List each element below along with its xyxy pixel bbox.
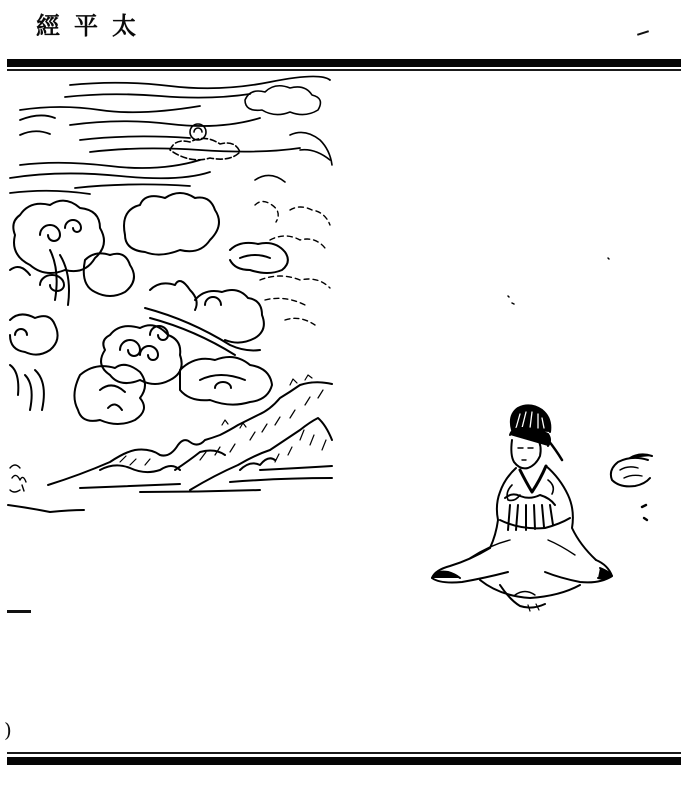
- margin-paren-mark: ): [4, 720, 12, 740]
- seated-figure: [432, 405, 612, 611]
- top-border-thin-rule: [7, 69, 681, 71]
- ink-specks: [508, 258, 609, 304]
- top-border-thick-rule: [7, 59, 681, 67]
- mountain-range: [8, 382, 332, 512]
- bottom-border-thin-rule: [7, 752, 681, 754]
- wind-streaks: [10, 76, 330, 194]
- shrub-left: [10, 465, 26, 492]
- corner-ink-mark: [637, 30, 649, 36]
- upper-clouds: [170, 86, 332, 182]
- partial-figure-edge: [611, 454, 652, 520]
- margin-dash-mark: [7, 610, 31, 613]
- bottom-border-thick-rule: [7, 757, 681, 765]
- woodblock-illustration: [0, 72, 688, 752]
- faint-clouds: [255, 202, 330, 326]
- page-title: 經平太: [36, 14, 150, 38]
- cloud-swirls: [10, 193, 288, 424]
